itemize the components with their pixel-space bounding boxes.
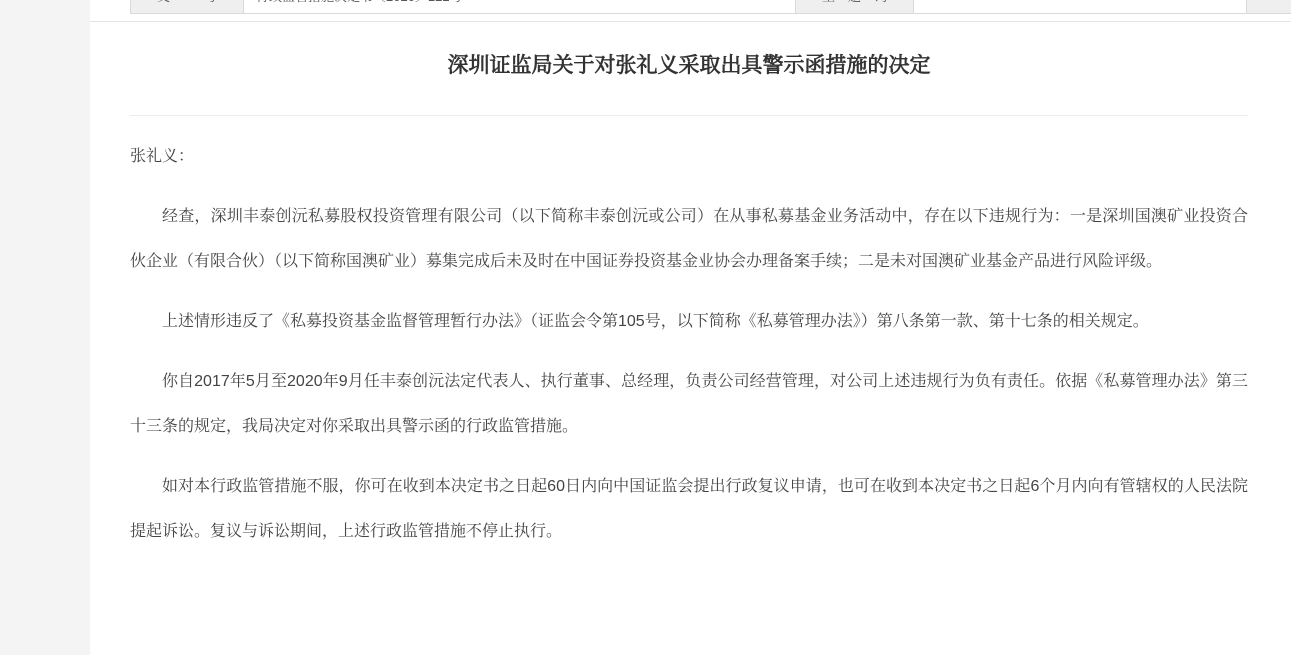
meta-label-doc-number: 文号 (131, 0, 244, 13)
document-body: 张礼义： 经查，深圳丰泰创沅私募股权投资管理有限公司（以下简称丰泰创沅或公司）在… (130, 134, 1248, 569)
document-title: 深圳证监局关于对张礼义采取出具警示函措施的决定 (130, 50, 1248, 82)
paragraph-violated-rules: 上述情形违反了《私募投资基金监督管理暂行办法》（证监会令第105号，以下简称《私… (130, 299, 1248, 344)
salutation: 张礼义： (130, 134, 1248, 179)
meta-label-subject: 主题词 (796, 0, 914, 13)
document-meta-table: 文号 行政监管措施决定书〔2020〕122号 主题词 (130, 0, 1291, 14)
paragraph-responsibility-decision: 你自2017年5月至2020年9月任丰泰创沅法定代表人、执行董事、总经理，负责公… (130, 359, 1248, 449)
meta-value-doc-number: 行政监管措施决定书〔2020〕122号 (244, 0, 796, 13)
paragraph-findings: 经查，深圳丰泰创沅私募股权投资管理有限公司（以下简称丰泰创沅或公司）在从事私募基… (130, 194, 1248, 284)
header-divider (90, 21, 1291, 22)
meta-value-subject (914, 0, 1247, 13)
page: 文号 行政监管措施决定书〔2020〕122号 主题词 深圳证监局关于对张礼义采取… (0, 0, 1291, 655)
title-divider (130, 115, 1248, 116)
paragraph-appeal-rights: 如对本行政监管措施不服，你可在收到本决定书之日起60日内向中国证监会提出行政复议… (130, 464, 1248, 554)
meta-cell-clipped (1247, 0, 1291, 13)
left-gutter (0, 0, 90, 655)
